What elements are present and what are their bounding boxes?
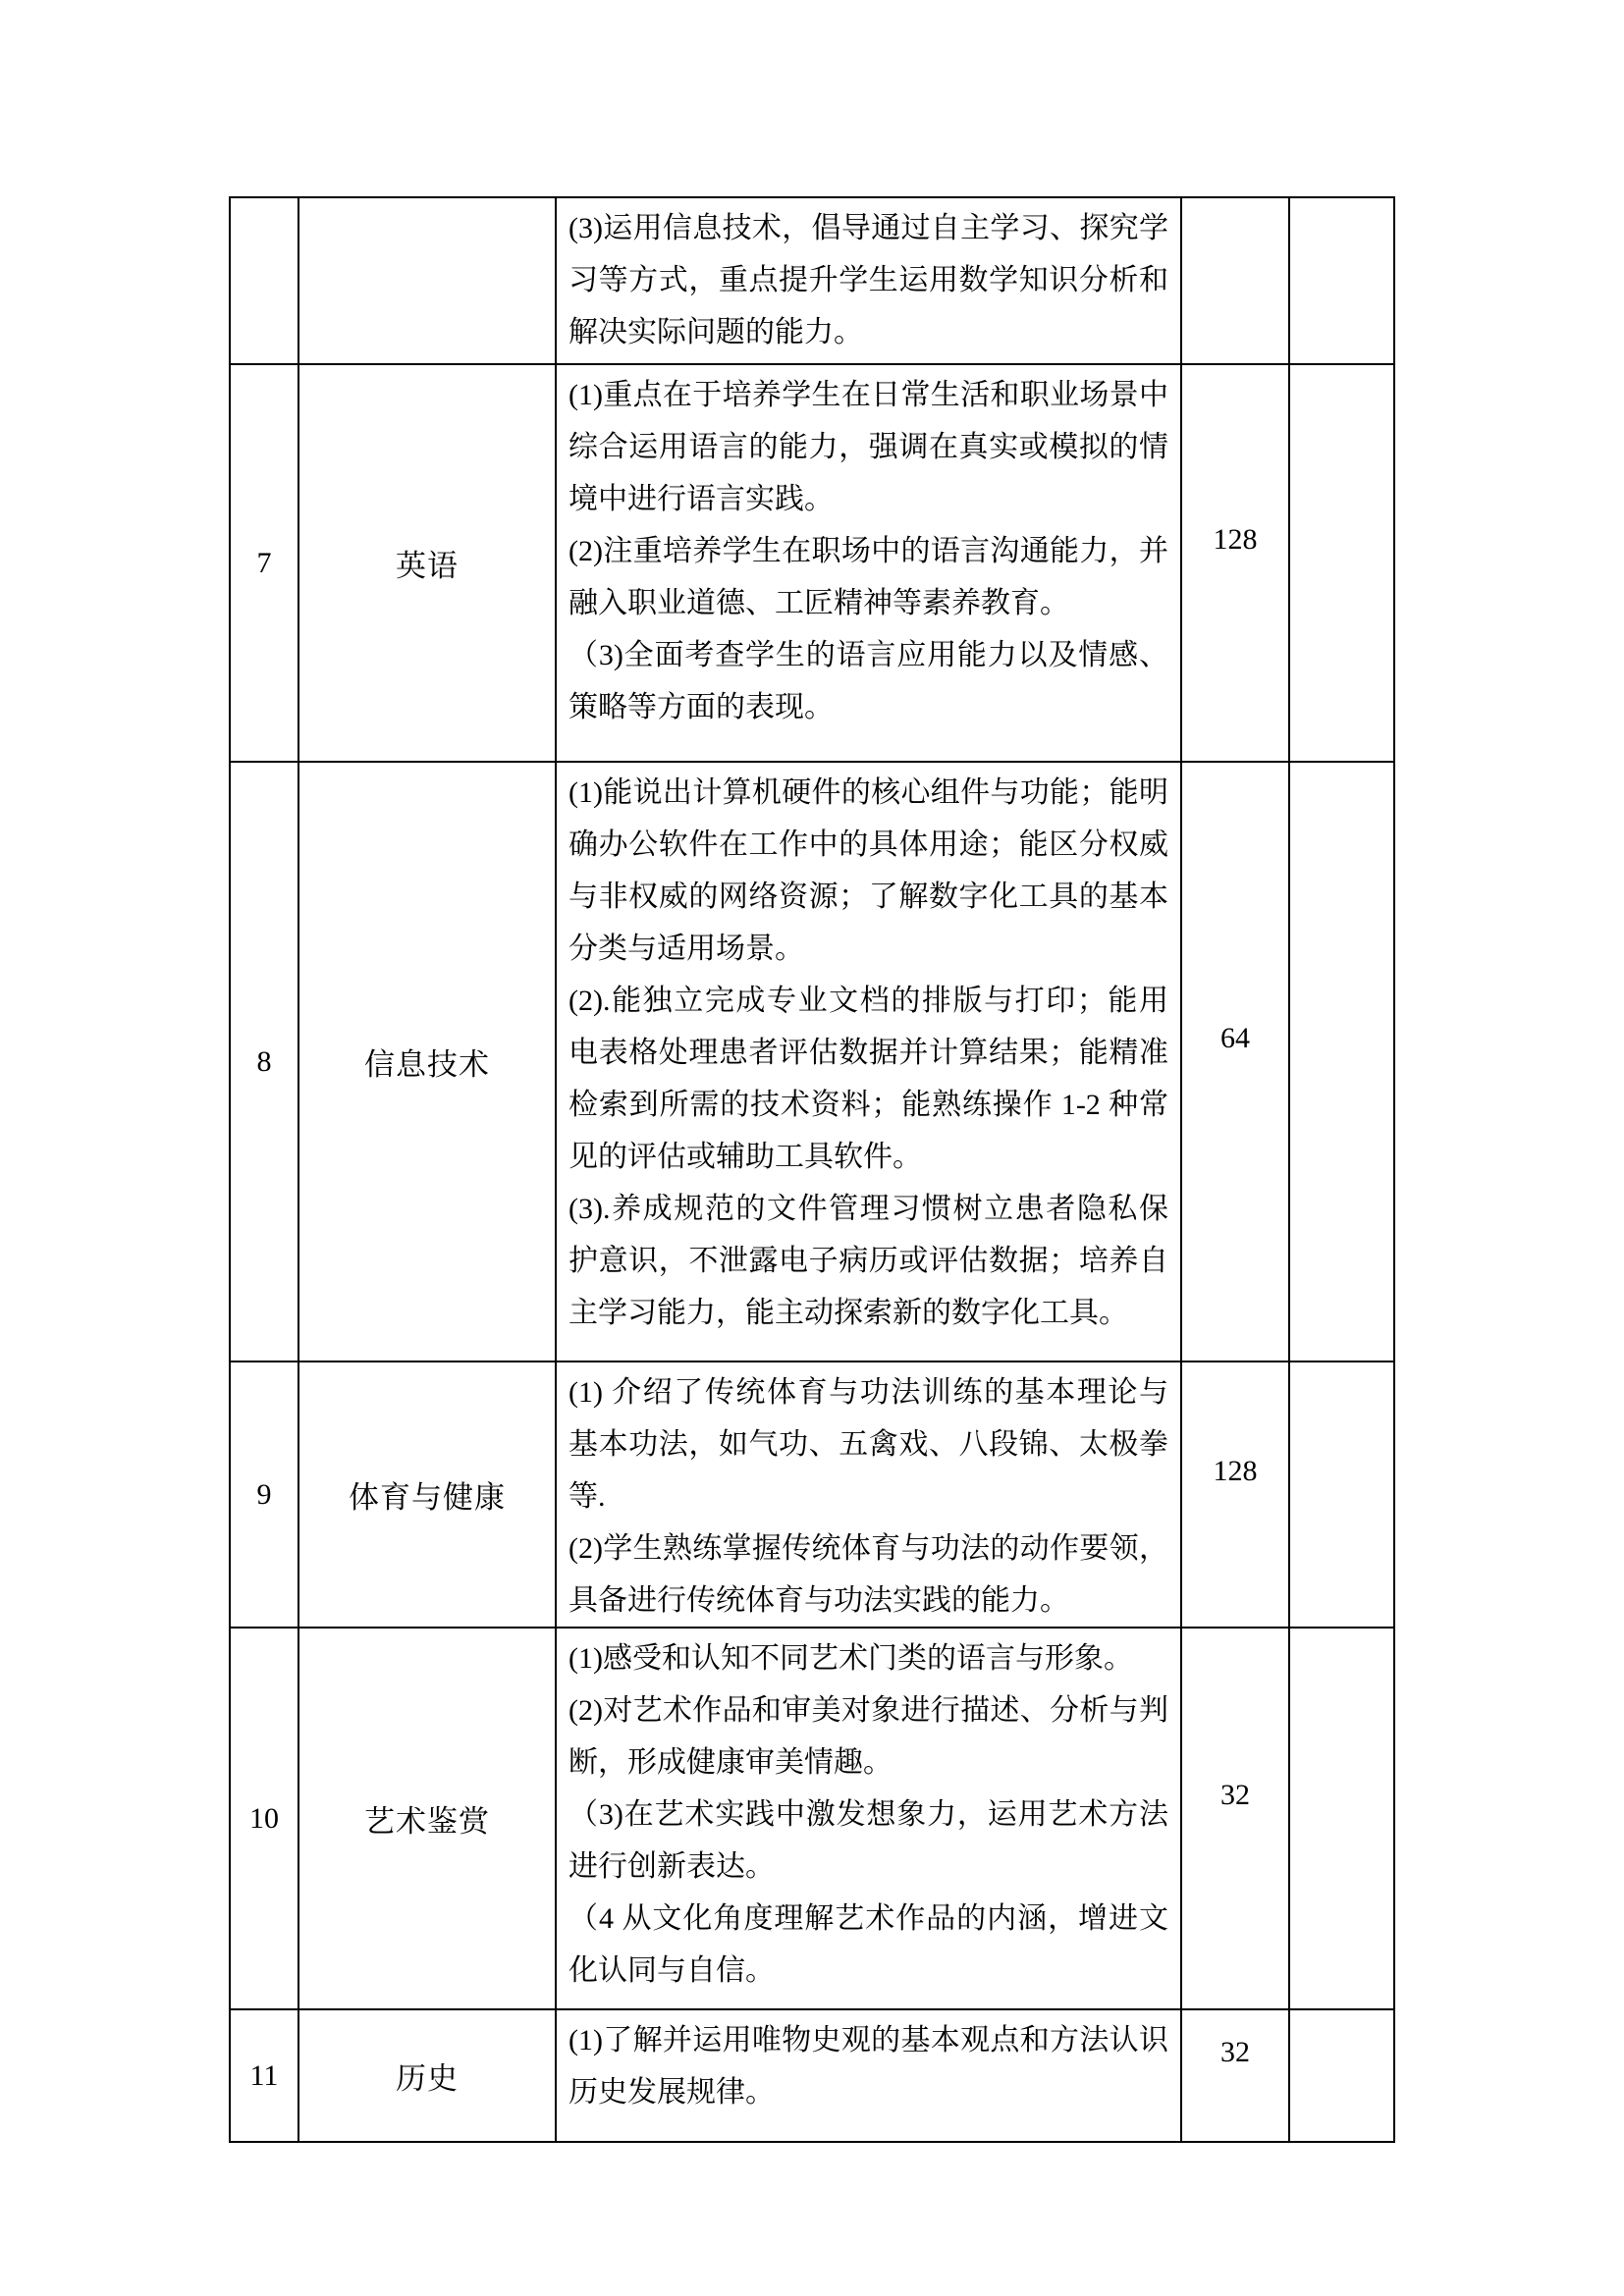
hours-cell: 32: [1181, 2009, 1289, 2142]
description-cell: (1)了解并运用唯物史观的基本观点和方法认识历史发展规律。: [556, 2009, 1181, 2142]
description-paragraphs: (1)重点在于培养学生在日常生活和职业场景中综合运用语言的能力，强调在真实或模拟…: [557, 365, 1180, 733]
description-paragraph: (2).能独立完成专业文档的排版与打印；能用电表格处理患者评估数据并计算结果；能…: [568, 975, 1168, 1183]
table-row: 8 信息技术 (1)能说出计算机硬件的核心组件与功能；能明确办公软件在工作中的具…: [230, 762, 1394, 1362]
description-paragraph: (2)学生熟练掌握传统体育与功法的动作要领，具备进行传统体育与功法实践的能力。: [568, 1522, 1168, 1627]
course-table: (3)运用信息技术，倡导通过自主学习、探究学习等方式，重点提升学生运用数学知识分…: [229, 196, 1395, 2143]
row-number-cell: 8: [230, 762, 298, 1362]
description-paragraph: (3)运用信息技术，倡导通过自主学习、探究学习等方式，重点提升学生运用数学知识分…: [568, 202, 1168, 358]
note-cell: [1289, 2009, 1394, 2142]
course-name-cell: 英语: [298, 364, 556, 762]
note-cell: [1289, 762, 1394, 1362]
document-page: (3)运用信息技术，倡导通过自主学习、探究学习等方式，重点提升学生运用数学知识分…: [0, 0, 1624, 2296]
note-cell: [1289, 364, 1394, 762]
description-paragraph: (1)能说出计算机硬件的核心组件与功能；能明确办公软件在工作中的具体用途；能区分…: [568, 767, 1168, 975]
course-name-cell: 历史: [298, 2009, 556, 2142]
description-paragraph: (1)感受和认知不同艺术门类的语言与形象。: [568, 1632, 1168, 1684]
description-paragraph: （4 从文化角度理解艺术作品的内涵，增进文化认同与自信。: [568, 1893, 1168, 1997]
hours-cell: 128: [1181, 1362, 1289, 1628]
note-cell: [1289, 1628, 1394, 2009]
course-name-cell: 艺术鉴赏: [298, 1628, 556, 2009]
table-row: 7 英语 (1)重点在于培养学生在日常生活和职业场景中综合运用语言的能力，强调在…: [230, 364, 1394, 762]
description-paragraphs: (1)能说出计算机硬件的核心组件与功能；能明确办公软件在工作中的具体用途；能区分…: [557, 763, 1180, 1339]
table-row: 10 艺术鉴赏 (1)感受和认知不同艺术门类的语言与形象。(2)对艺术作品和审美…: [230, 1628, 1394, 2009]
row-number-cell: 10: [230, 1628, 298, 2009]
note-cell: [1289, 197, 1394, 364]
course-name-cell: 信息技术: [298, 762, 556, 1362]
description-cell: (1)重点在于培养学生在日常生活和职业场景中综合运用语言的能力，强调在真实或模拟…: [556, 364, 1181, 762]
row-number-cell: 11: [230, 2009, 298, 2142]
description-paragraph: (1)了解并运用唯物史观的基本观点和方法认识历史发展规律。: [568, 2014, 1168, 2118]
course-name-cell: 体育与健康: [298, 1362, 556, 1628]
description-paragraph: （3)在艺术实践中激发想象力，运用艺术方法进行创新表达。: [568, 1789, 1168, 1893]
description-paragraph: (2)对艺术作品和审美对象进行描述、分析与判断，形成健康审美情趣。: [568, 1684, 1168, 1789]
description-paragraphs: (1) 介绍了传统体育与功法训练的基本理论与基本功法，如气功、五禽戏、八段锦、太…: [557, 1362, 1180, 1627]
row-number-cell: [230, 197, 298, 364]
hours-cell: 64: [1181, 762, 1289, 1362]
course-name-cell: [298, 197, 556, 364]
hours-value: 64: [1220, 1022, 1250, 1055]
description-paragraph: (1)重点在于培养学生在日常生活和职业场景中综合运用语言的能力，强调在真实或模拟…: [568, 369, 1168, 525]
hours-cell: [1181, 197, 1289, 364]
description-cell: (1)能说出计算机硬件的核心组件与功能；能明确办公软件在工作中的具体用途；能区分…: [556, 762, 1181, 1362]
description-cell: (1)感受和认知不同艺术门类的语言与形象。(2)对艺术作品和审美对象进行描述、分…: [556, 1628, 1181, 2009]
hours-value: 128: [1214, 1455, 1258, 1488]
table-row: (3)运用信息技术，倡导通过自主学习、探究学习等方式，重点提升学生运用数学知识分…: [230, 197, 1394, 364]
description-paragraph: (2)注重培养学生在职场中的语言沟通能力，并融入职业道德、工匠精神等素养教育。: [568, 525, 1168, 629]
description-paragraph: (1) 介绍了传统体育与功法训练的基本理论与基本功法，如气功、五禽戏、八段锦、太…: [568, 1366, 1168, 1522]
row-number-cell: 9: [230, 1362, 298, 1628]
description-paragraph: (3).养成规范的文件管理习惯树立患者隐私保护意识，不泄露电子病历或评估数据；培…: [568, 1183, 1168, 1339]
row-number-cell: 7: [230, 364, 298, 762]
hours-value: 32: [1220, 1779, 1250, 1812]
description-cell: (1) 介绍了传统体育与功法训练的基本理论与基本功法，如气功、五禽戏、八段锦、太…: [556, 1362, 1181, 1628]
description-paragraphs: (3)运用信息技术，倡导通过自主学习、探究学习等方式，重点提升学生运用数学知识分…: [557, 198, 1180, 358]
hours-cell: 128: [1181, 364, 1289, 762]
table-row: 9 体育与健康 (1) 介绍了传统体育与功法训练的基本理论与基本功法，如气功、五…: [230, 1362, 1394, 1628]
hours-cell: 32: [1181, 1628, 1289, 2009]
description-paragraphs: (1)了解并运用唯物史观的基本观点和方法认识历史发展规律。: [557, 2010, 1180, 2118]
note-cell: [1289, 1362, 1394, 1628]
hours-value: 128: [1214, 523, 1258, 557]
hours-value: 32: [1220, 2036, 1250, 2069]
table-row: 11 历史 (1)了解并运用唯物史观的基本观点和方法认识历史发展规律。 32: [230, 2009, 1394, 2142]
description-paragraph: （3)全面考查学生的语言应用能力以及情感、策略等方面的表现。: [568, 629, 1168, 733]
description-paragraphs: (1)感受和认知不同艺术门类的语言与形象。(2)对艺术作品和审美对象进行描述、分…: [557, 1629, 1180, 1997]
description-cell: (3)运用信息技术，倡导通过自主学习、探究学习等方式，重点提升学生运用数学知识分…: [556, 197, 1181, 364]
